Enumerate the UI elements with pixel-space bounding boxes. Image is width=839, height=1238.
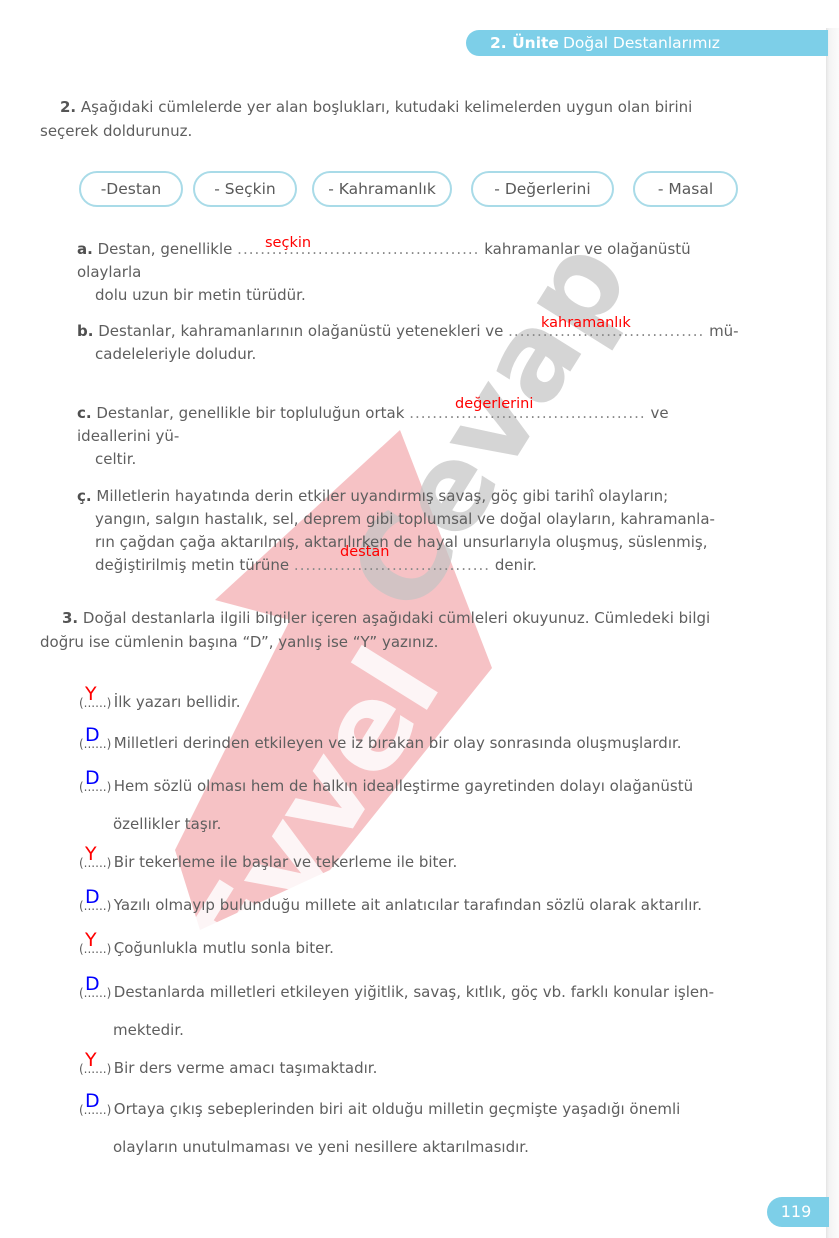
item-line: rın çağdan çağa aktarılmış, aktarılırken… — [77, 531, 741, 554]
item-last-line: değiştirilmiş metin türüne .............… — [77, 554, 741, 577]
answer-mark-y: Y — [85, 682, 97, 706]
item-text-before: Destanlar, kahramanlarının olağanüstü ye… — [98, 322, 503, 340]
question-2-text: Aşağıdaki cümlelerde yer alan boşlukları… — [40, 98, 692, 140]
question-2-number: 2. — [60, 98, 76, 116]
item-line: yangın, salgın hastalık, sel, deprem gib… — [77, 508, 741, 531]
item-continuation: cadeleleriyle doludur. — [77, 343, 741, 366]
fill-item-c: c. Destanlar, genellikle bir topluluğun … — [77, 402, 741, 471]
fill-item-c-cedilla: ç. Milletlerin hayatında derin etkiler u… — [77, 485, 741, 577]
question-3-instruction: 3. Doğal destanlarla ilgili bilgiler içe… — [40, 606, 745, 654]
unit-label: 2. Ünite — [490, 34, 559, 52]
statement-continuation: mektedir. — [79, 1018, 744, 1042]
answer-mark-d: D — [85, 885, 100, 909]
word-chip-degerlerini: - Değerlerini — [471, 171, 614, 207]
answer-mark-y: Y — [85, 1048, 97, 1072]
true-false-statement: (......)Y Çoğunlukla mutlu sonla biter. — [79, 936, 744, 961]
true-false-statement: (......)D Yazılı olmayıp bulunduğu mille… — [79, 893, 744, 918]
answer-mark-y: Y — [85, 842, 97, 866]
statement-continuation: olayların unutulmaması ve yeni nesillere… — [79, 1135, 744, 1159]
word-chip-seckin: - Seçkin — [193, 171, 297, 207]
statement-text: Bir tekerleme ile başlar ve tekerleme il… — [114, 853, 457, 871]
answer-c-cedilla: destan — [340, 544, 389, 560]
statement-text: Yazılı olmayıp bulunduğu millete ait anl… — [114, 896, 702, 914]
item-text-after: mü- — [709, 322, 739, 340]
statement-text: Bir ders verme amacı taşımaktadır. — [114, 1059, 378, 1077]
item-continuation: celtir. — [77, 448, 741, 471]
answer-mark-d: D — [85, 972, 100, 996]
item-text-before: Destanlar, genellikle bir topluluğun ort… — [96, 404, 404, 422]
statement-continuation: özellikler taşır. — [79, 812, 744, 836]
question-3-number: 3. — [62, 609, 78, 627]
item-letter: b. — [77, 322, 93, 340]
answer-mark-y: Y — [85, 928, 97, 952]
blank-line[interactable]: .................................. — [294, 556, 490, 574]
statement-text: Milletleri derinden etkileyen ve iz bıra… — [114, 734, 682, 752]
true-false-statement: (......)D Hem sözlü olması hem de halkın… — [79, 774, 744, 836]
statement-text: Hem sözlü olması hem de halkın idealleşt… — [114, 777, 693, 795]
fill-item-a: a. Destan, genellikle ..................… — [77, 238, 741, 307]
word-chip-kahramanlik: - Kahramanlık — [312, 171, 452, 207]
item-text-after: denir. — [495, 556, 537, 574]
page-gutter-shadow — [826, 28, 839, 1238]
true-false-statement: (......)Y Bir tekerleme ile başlar ve te… — [79, 850, 744, 875]
word-box: -Destan - Seçkin - Kahramanlık - Değerle… — [79, 171, 749, 211]
answer-c: değerlerini — [455, 396, 533, 412]
true-false-statement: (......)Y İlk yazarı bellidir. — [79, 690, 744, 715]
item-text-before: değiştirilmiş metin türüne — [95, 556, 289, 574]
word-chip-masal: - Masal — [633, 171, 738, 207]
true-false-statement: (......)D Destanlarda milletleri etkiley… — [79, 980, 744, 1042]
statement-text: Ortaya çıkış sebeplerinden biri ait oldu… — [114, 1100, 681, 1118]
true-false-statement: (......)Y Bir ders verme amacı taşımakta… — [79, 1056, 744, 1081]
unit-banner: 2. ÜniteDoğal Destanlarımız — [466, 30, 828, 56]
answer-mark-d: D — [85, 1089, 100, 1113]
answer-a: seçkin — [265, 235, 311, 251]
answer-b: kahramanlık — [541, 315, 631, 331]
item-letter: a. — [77, 240, 93, 258]
unit-title: Doğal Destanlarımız — [563, 34, 720, 52]
statement-text: Çoğunlukla mutlu sonla biter. — [114, 939, 334, 957]
answer-mark-d: D — [85, 723, 100, 747]
item-continuation: dolu uzun bir metin türüdür. — [77, 284, 741, 307]
item-letter: ç. — [77, 487, 92, 505]
word-chip-destan: -Destan — [79, 171, 183, 207]
true-false-statement: (......)D Ortaya çıkış sebeplerinden bir… — [79, 1097, 744, 1159]
question-3-text: Doğal destanlarla ilgili bilgiler içeren… — [40, 609, 710, 651]
item-letter: c. — [77, 404, 92, 422]
statement-text: İlk yazarı bellidir. — [114, 693, 241, 711]
item-line: Milletlerin hayatında derin etkiler uyan… — [96, 487, 668, 505]
true-false-statement: (......)D Milletleri derinden etkileyen … — [79, 731, 744, 756]
answer-mark-d: D — [85, 766, 100, 790]
statement-text: Destanlarda milletleri etkileyen yiğitli… — [114, 983, 714, 1001]
page-number: 119 — [767, 1197, 829, 1227]
item-text-before: Destan, genellikle — [98, 240, 233, 258]
fill-item-b: b. Destanlar, kahramanlarının olağanüstü… — [77, 320, 741, 366]
question-2-instruction: 2. Aşağıdaki cümlelerde yer alan boşlukl… — [40, 95, 740, 143]
